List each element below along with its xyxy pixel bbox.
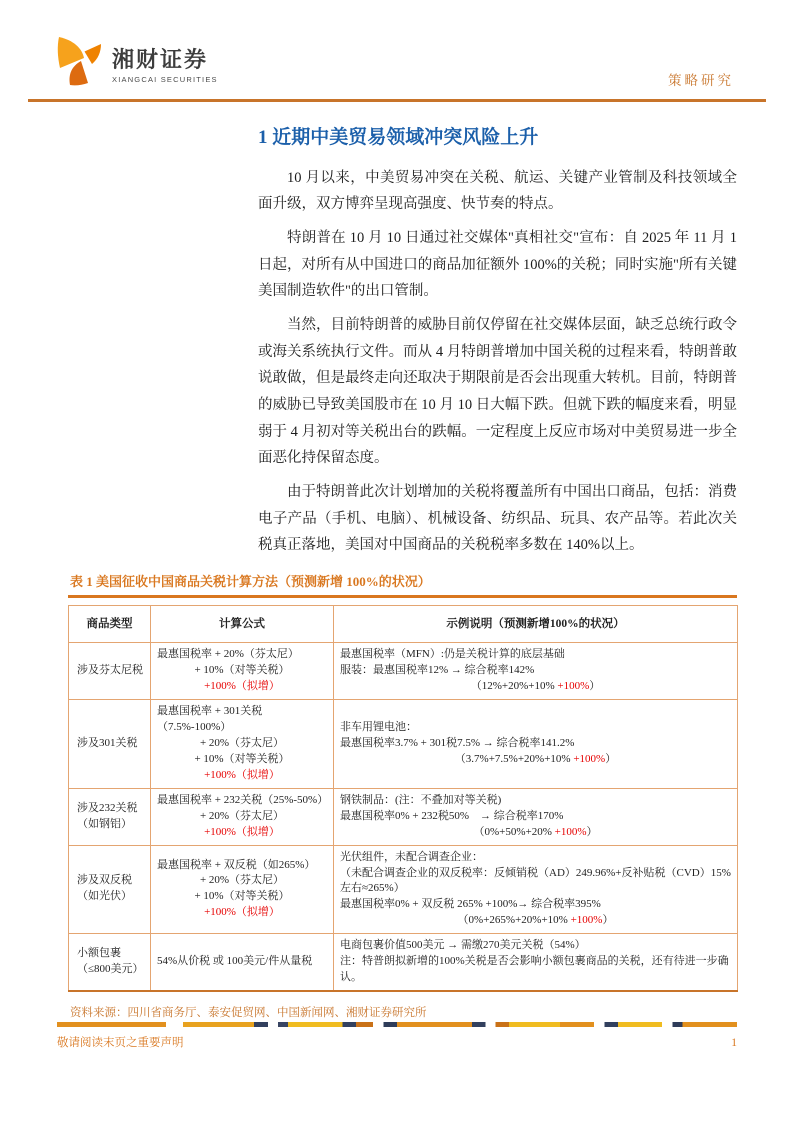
source-note: 资料来源：四川省商务厅、泰安促贸网、中国新闻网、湘财证券研究所 (68, 1004, 737, 1020)
table-cell-formula: 最惠国税率 + 232关税（25%-50%）+ 20%（芬太尼）+100%（拟增… (151, 788, 334, 845)
page-header: 湘财证券 XIANGCAI SECURITIES 策略研究 (0, 0, 794, 99)
body-paragraph-1: 10 月以来，中美贸易冲突在关税、航运、关键产业管制及科技领域全面升级，双方博弈… (258, 165, 737, 218)
tariff-table: 商品类型计算公式示例说明（预测新增100%的状况） 涉及芬太尼税最惠国税率 + … (68, 605, 738, 992)
table-cell-category: 涉及301关税 (69, 700, 151, 789)
body-paragraph-3: 当然，目前特朗普的威胁目前仅停留在社交媒体层面，缺乏总统行政令或海关系统执行文件… (258, 312, 737, 472)
table-cell-example: 非车用锂电池：最惠国税率3.7% + 301税7.5% → 综合税率141.2%… (334, 700, 738, 789)
brand-logo: 湘财证券 XIANGCAI SECURITIES (57, 36, 218, 91)
column-header: 计算公式 (151, 605, 334, 643)
xiangcai-logo-icon (57, 36, 103, 91)
column-header: 示例说明（预测新增100%的状况） (334, 605, 738, 643)
table-cell-formula: 最惠国税率 + 301关税（7.5%-100%）+ 20%（芬太尼）+ 10%（… (151, 700, 334, 789)
header-divider (28, 99, 766, 102)
report-category-label: 策略研究 (668, 69, 734, 91)
table-header-row: 商品类型计算公式示例说明（预测新增100%的状况） (69, 605, 738, 643)
brand-name-en: XIANGCAI SECURITIES (112, 75, 218, 84)
table-cell-formula: 54%从价税 或 100美元/件从量税 (151, 934, 334, 991)
table-row: 涉及双反税（如光伏）最惠国税率 + 双反税（如265%）+ 20%（芬太尼）+ … (69, 845, 738, 934)
table-cell-category: 涉及232关税（如钢铝） (69, 788, 151, 845)
table-cell-example: 最惠国税率（MFN）:仍是关税计算的底层基础服装：最惠国税率12% → 综合税率… (334, 643, 738, 700)
section-heading: 1 近期中美贸易领域冲突风险上升 (258, 126, 737, 151)
table-row: 小额包裹（≤800美元）54%从价税 或 100美元/件从量税电商包裹价值500… (69, 934, 738, 991)
report-body: 1 近期中美贸易领域冲突风险上升 10 月以来，中美贸易冲突在关税、航运、关键产… (0, 126, 794, 1020)
tariff-table-head: 商品类型计算公式示例说明（预测新增100%的状况） (69, 605, 738, 643)
table-row: 涉及301关税最惠国税率 + 301关税（7.5%-100%）+ 20%（芬太尼… (69, 700, 738, 789)
table-cell-example: 钢铁制品：(注：不叠加对等关税)最惠国税率0% + 232税50% → 综合税率… (334, 788, 738, 845)
table-row: 涉及232关税（如钢铝）最惠国税率 + 232关税（25%-50%）+ 20%（… (69, 788, 738, 845)
tariff-table-block: 表 1 美国征收中国商品关税计算方法（预测新增 100%的状况） 商品类型计算公… (68, 571, 737, 1020)
table-cell-category: 小额包裹（≤800美元） (69, 934, 151, 991)
table-title-divider (68, 595, 737, 598)
footer-decorative-stripe (57, 1022, 737, 1027)
table-cell-category: 涉及芬太尼税 (69, 643, 151, 700)
table-cell-formula: 最惠国税率 + 双反税（如265%）+ 20%（芬太尼）+ 10%（对等关税）+… (151, 845, 334, 934)
page-footer: 敬请阅读末页之重要声明 1 (57, 1022, 737, 1050)
table-cell-formula: 最惠国税率 + 20%（芬太尼）+ 10%（对等关税）+100%（拟增） (151, 643, 334, 700)
table-cell-example: 电商包裹价值500美元 → 需缴270美元关税（54%）注：特普朗拟新增的100… (334, 934, 738, 991)
table-row: 涉及芬太尼税最惠国税率 + 20%（芬太尼）+ 10%（对等关税）+100%（拟… (69, 643, 738, 700)
page-number: 1 (731, 1037, 737, 1049)
tariff-table-body: 涉及芬太尼税最惠国税率 + 20%（芬太尼）+ 10%（对等关税）+100%（拟… (69, 643, 738, 991)
report-page: 湘财证券 XIANGCAI SECURITIES 策略研究 1 近期中美贸易领域… (0, 0, 794, 1123)
table-cell-category: 涉及双反税（如光伏） (69, 845, 151, 934)
table-cell-example: 光伏组件，未配合调查企业：（未配合调查企业的双反税率：反倾销税（AD）249.9… (334, 845, 738, 934)
column-header: 商品类型 (69, 605, 151, 643)
footer-disclaimer: 敬请阅读末页之重要声明 (57, 1034, 184, 1050)
body-paragraph-2: 特朗普在 10 月 10 日通过社交媒体"真相社交"宣布：自 2025 年 11… (258, 225, 737, 305)
table-title: 表 1 美国征收中国商品关税计算方法（预测新增 100%的状况） (68, 571, 737, 595)
body-paragraph-4: 由于特朗普此次计划增加的关税将覆盖所有中国出口商品，包括：消费电子产品（手机、电… (258, 479, 737, 559)
brand-name-cn: 湘财证券 (112, 43, 218, 74)
